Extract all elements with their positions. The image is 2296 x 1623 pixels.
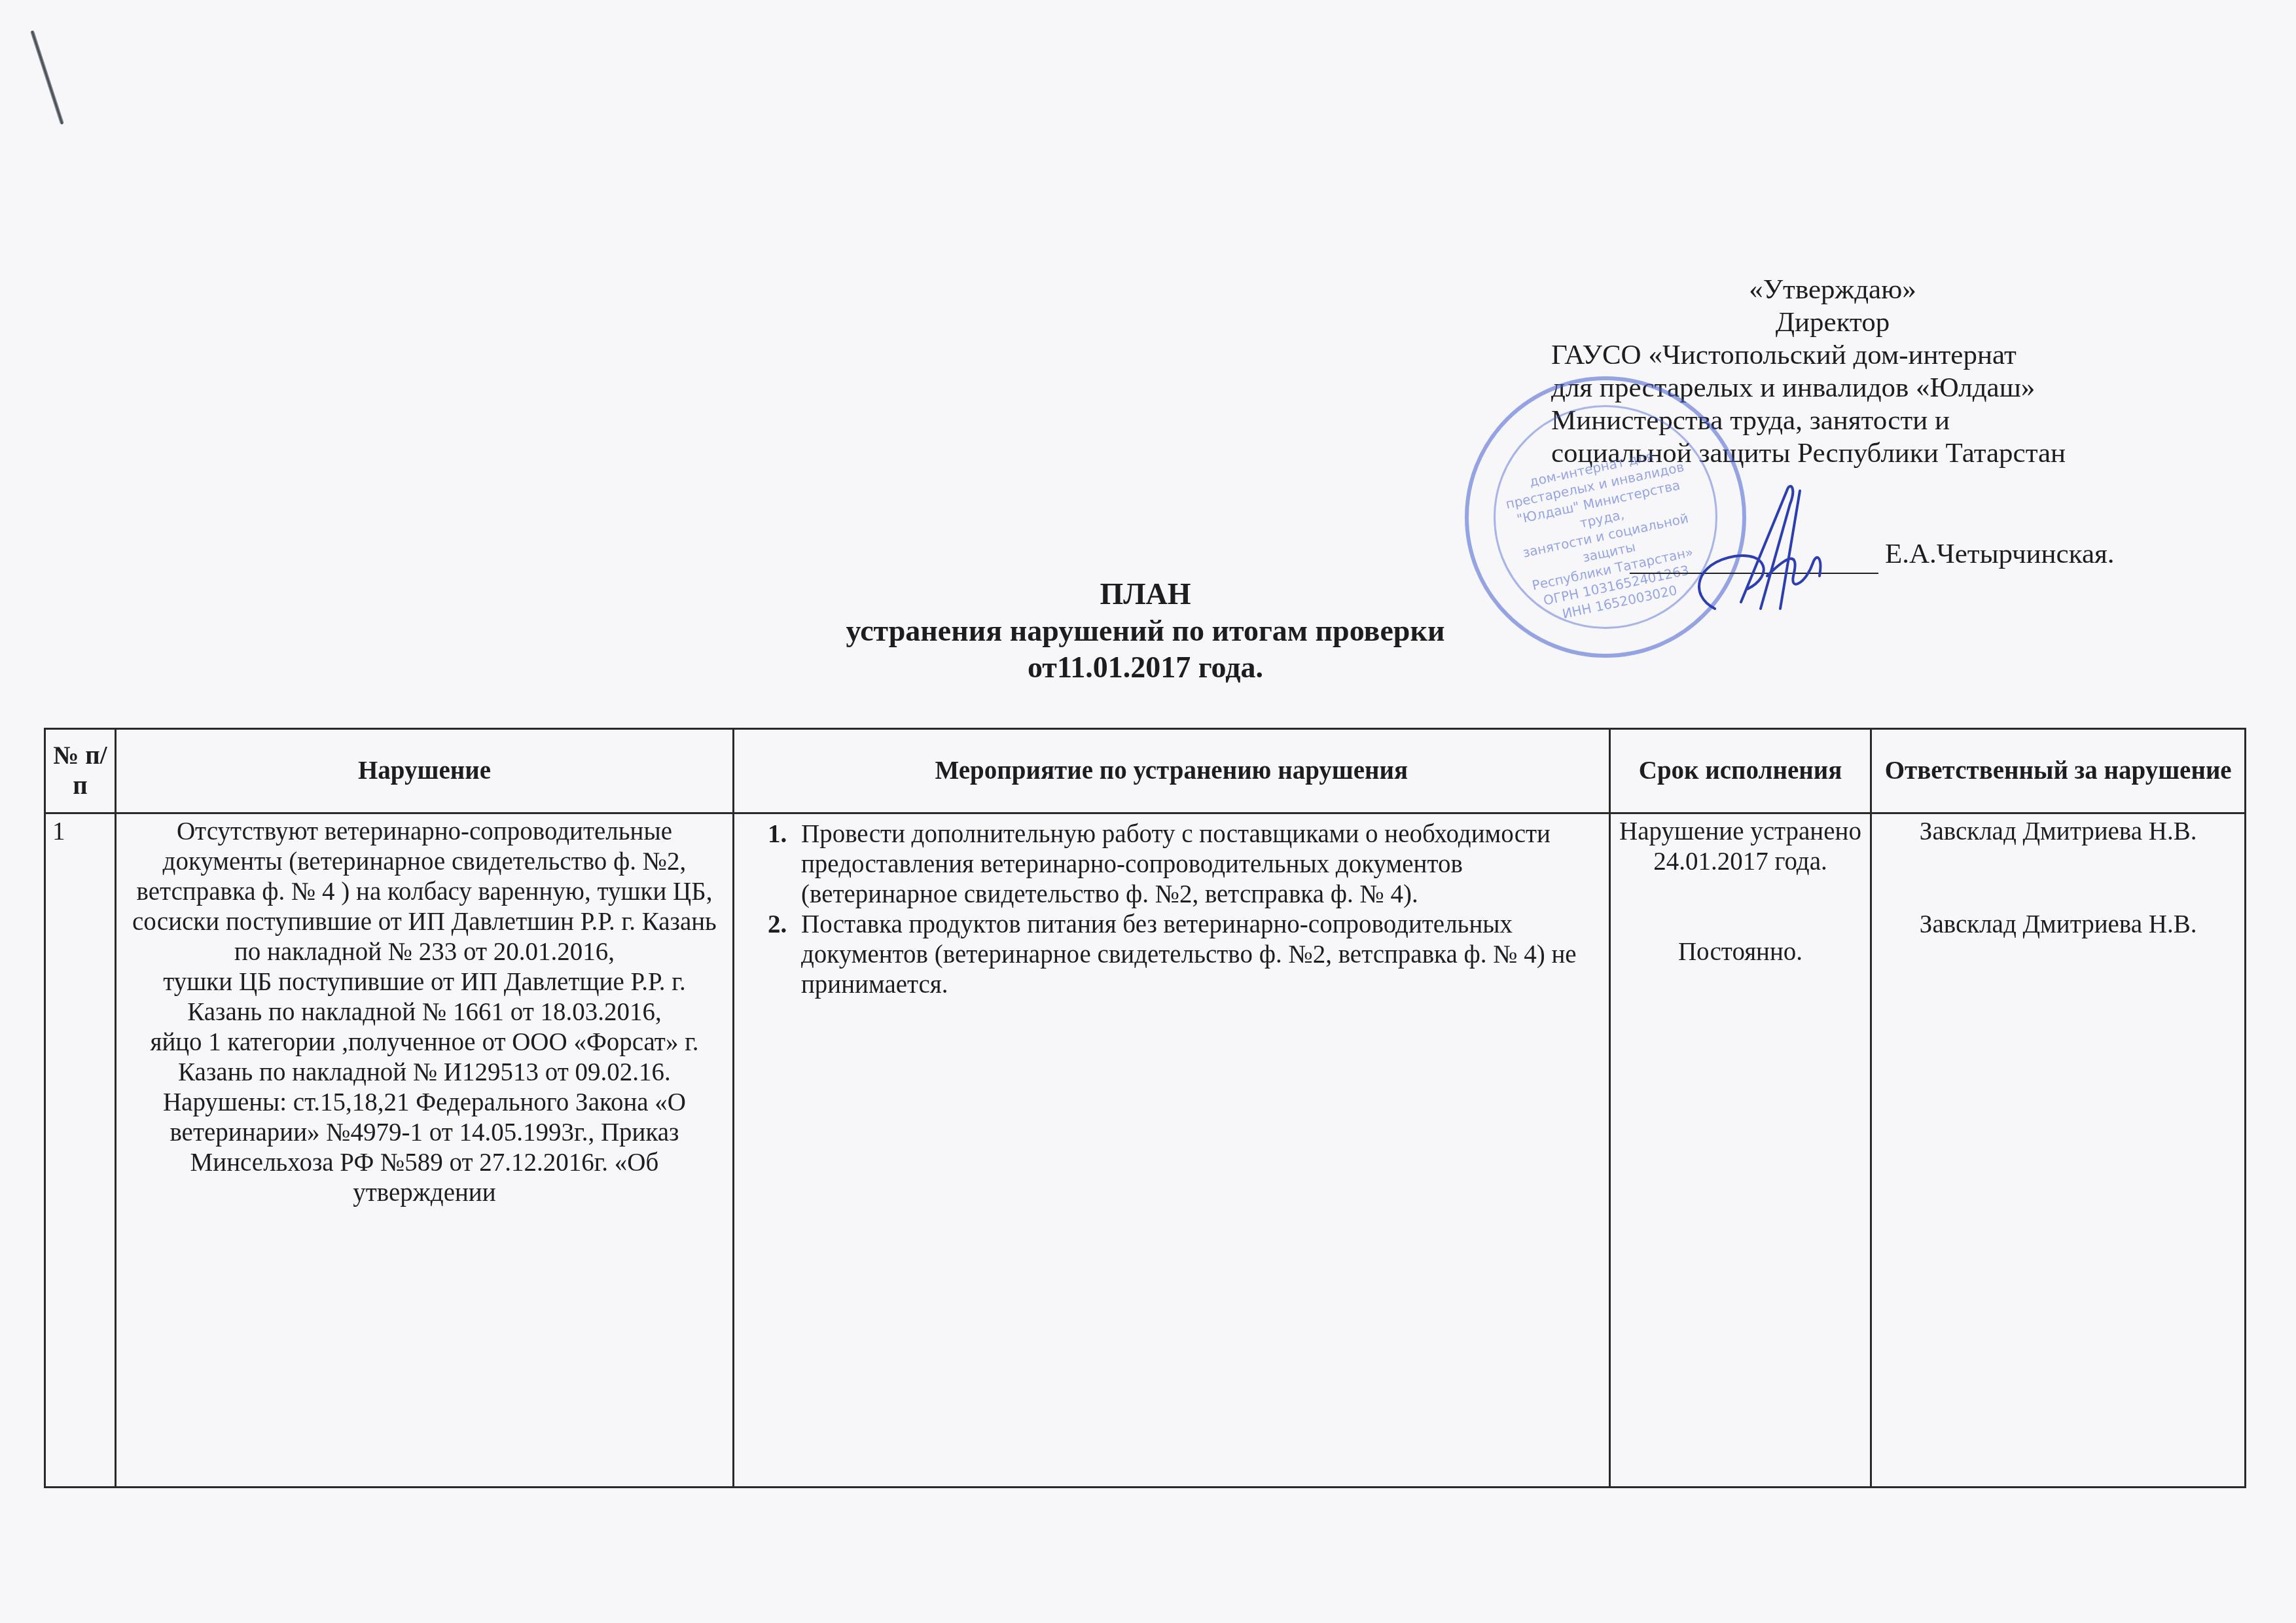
violation-text: Нарушены: ст.15,18,21 Федерального Закон… (123, 1088, 726, 1208)
document-title: ПЛАН устранения нарушений по итогам пров… (720, 576, 1571, 686)
measures-list: Провести дополнительную работу с поставщ… (741, 819, 1602, 1000)
approval-position: Директор (1538, 306, 2127, 339)
approval-stamp-word: «Утверждаю» (1538, 274, 2127, 306)
measure-item: Поставка продуктов питания без ветеринар… (793, 910, 1602, 1000)
spacer (1878, 847, 2238, 910)
staple-mark (30, 30, 64, 125)
table-header-row: № п/п Нарушение Мероприятие по устранени… (45, 729, 2246, 813)
violation-text: Отсутствуют ветеринарно-сопроводительные… (123, 817, 726, 967)
deadline-text: Постоянно. (1617, 937, 1864, 967)
row-num: 1 (45, 813, 116, 1488)
row-violation: Отсутствуют ветеринарно-сопроводительные… (115, 813, 733, 1488)
table-row: 1 Отсутствуют ветеринарно-сопроводительн… (45, 813, 2246, 1488)
signatory-name: Е.А.Четырчинская. (1885, 538, 2115, 571)
deadline-text: Нарушение устранено 24.01.2017 года. (1617, 817, 1864, 877)
header-violation: Нарушение (115, 729, 733, 813)
title-line: ПЛАН (720, 576, 1571, 613)
violation-text: яйцо 1 категории ,полученное от ООО «Фор… (123, 1027, 726, 1088)
header-measure: Мероприятие по устранению нарушения (734, 729, 1610, 813)
measure-item: Провести дополнительную работу с поставщ… (793, 819, 1602, 910)
row-deadline: Нарушение устранено 24.01.2017 года. Пос… (1609, 813, 1871, 1488)
handwritten-signature-icon (1676, 478, 1846, 622)
approval-org-line: ГАУСО «Чистопольский дом-интернат (1538, 339, 2127, 372)
violation-text: тушки ЦБ поступившие от ИП Давлетщие Р.Р… (123, 967, 726, 1027)
title-line: устранения нарушений по итогам проверки (720, 613, 1571, 649)
header-num: № п/п (45, 729, 116, 813)
row-measures: Провести дополнительную работу с поставщ… (734, 813, 1610, 1488)
row-responsible: Завсклад Дмитриева Н.В. Завсклад Дмитрие… (1871, 813, 2246, 1488)
title-line: от11.01.2017 года. (720, 649, 1571, 686)
header-deadline: Срок исполнения (1609, 729, 1871, 813)
remediation-plan-table: № п/п Нарушение Мероприятие по устранени… (44, 728, 2246, 1488)
spacer (1617, 877, 1864, 937)
header-responsible: Ответственный за нарушение (1871, 729, 2246, 813)
responsible-text: Завсклад Дмитриева Н.В. (1878, 817, 2238, 847)
responsible-text: Завсклад Дмитриева Н.В. (1878, 910, 2238, 940)
